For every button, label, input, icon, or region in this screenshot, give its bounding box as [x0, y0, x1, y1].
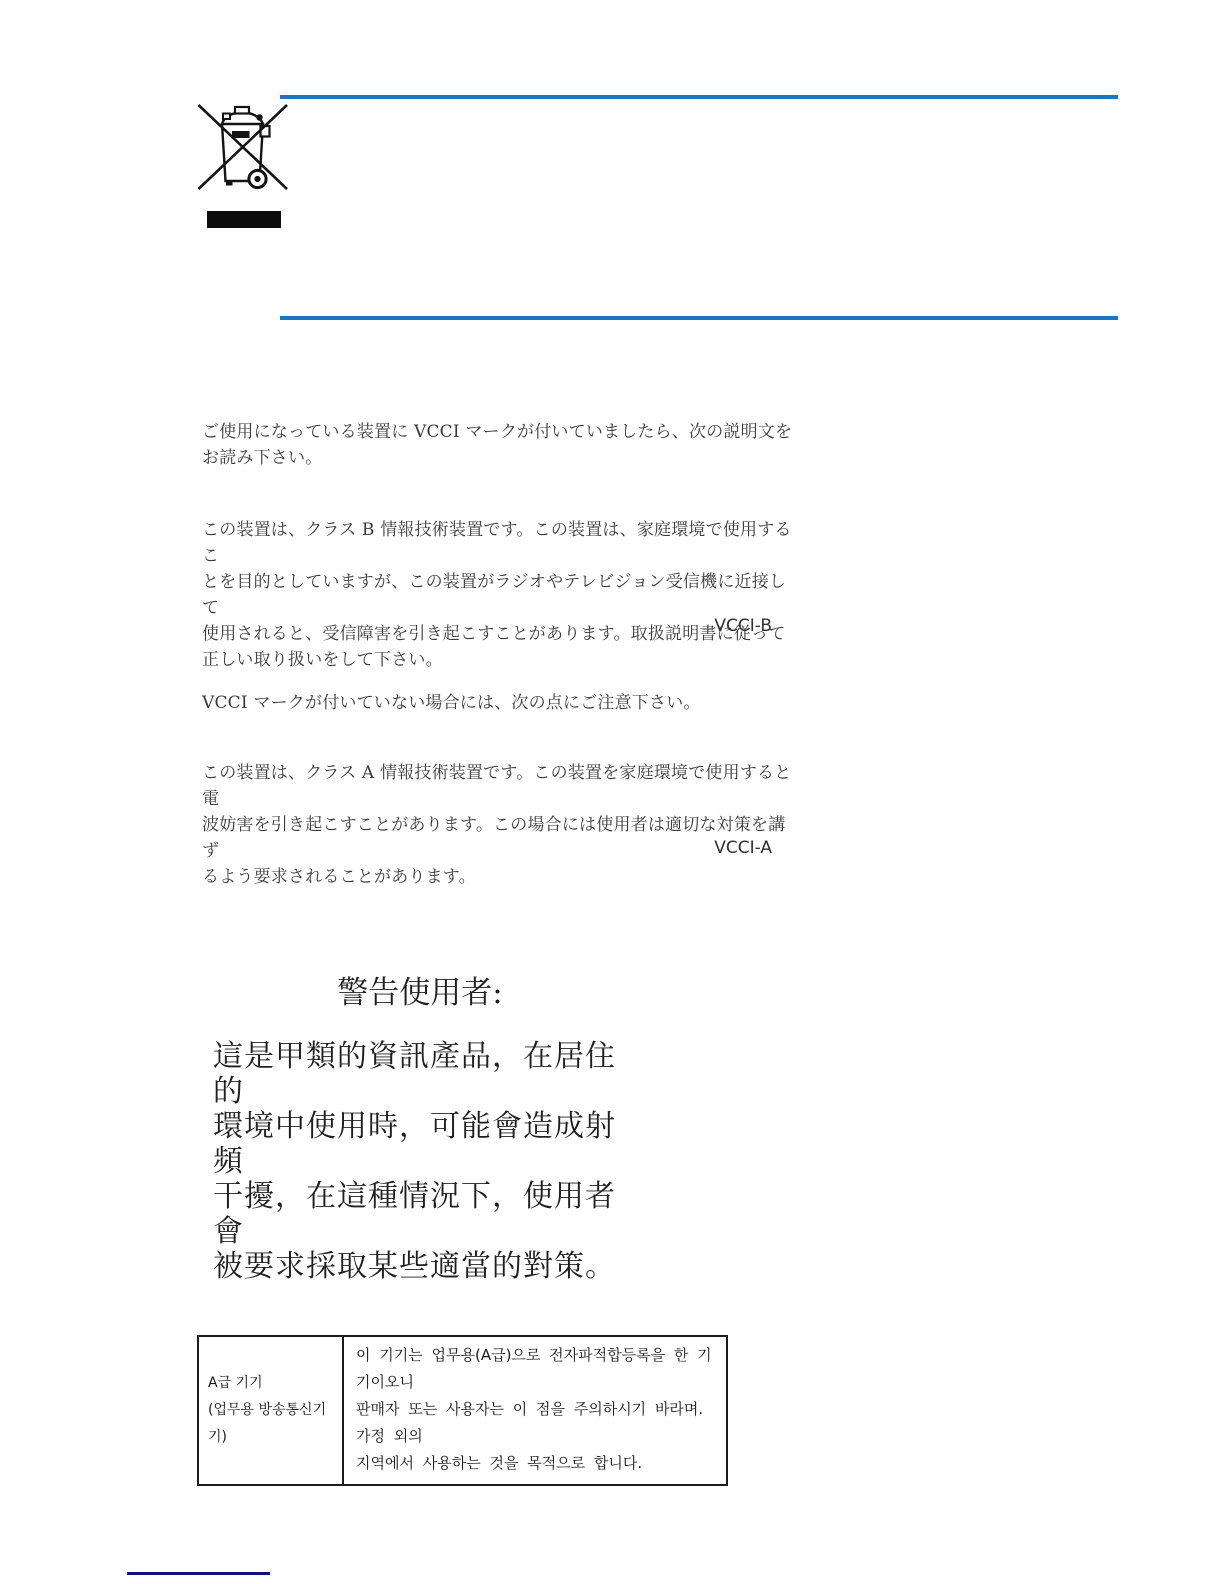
top-divider-rule	[280, 95, 1118, 99]
section-divider-rule	[280, 316, 1118, 320]
chinese-warning-body: 這是甲類的資訊產品，在居住的 環境中使用時，可能會造成射頻 干擾，在這種情況下，…	[213, 1039, 643, 1284]
vcci-b-label: VCCI-B	[202, 616, 772, 636]
korean-emc-table: A급 기기 (업무용 방송통신기기) 이 기기는 업무용(A급)으로 전자파적합…	[197, 1335, 728, 1486]
table-row: A급 기기 (업무용 방송통신기기) 이 기기는 업무용(A급)으로 전자파적합…	[198, 1336, 727, 1485]
vcci-class-a-statement: この装置は、クラス A 情報技術装置です。この装置を家庭環境で使用すると電 波妨…	[202, 760, 802, 890]
korean-class-cell: A급 기기 (업무용 방송통신기기)	[198, 1336, 343, 1485]
weee-black-bar	[207, 211, 281, 228]
chinese-warning-title: 警告使用者:	[215, 967, 625, 1012]
weee-crossed-out-wheeled-bin-icon	[197, 101, 289, 195]
korean-statement-cell: 이 기기는 업무용(A급)으로 전자파적합등록을 한 기기이오니 판매자 또는 …	[343, 1336, 727, 1485]
vcci-intro-text: ご使用になっている装置に VCCI マークが付いていましたら、次の説明文を お読…	[202, 419, 802, 471]
footer-link-line	[127, 1572, 270, 1575]
vcci-no-mark-note: VCCI マークが付いていない場合には、次の点にご注意下さい。	[202, 690, 802, 716]
vcci-class-b-statement: この装置は、クラス B 情報技術装置です。この装置は、家庭環境で使用するこ とを…	[202, 517, 802, 673]
vcci-a-label: VCCI-A	[202, 838, 772, 858]
